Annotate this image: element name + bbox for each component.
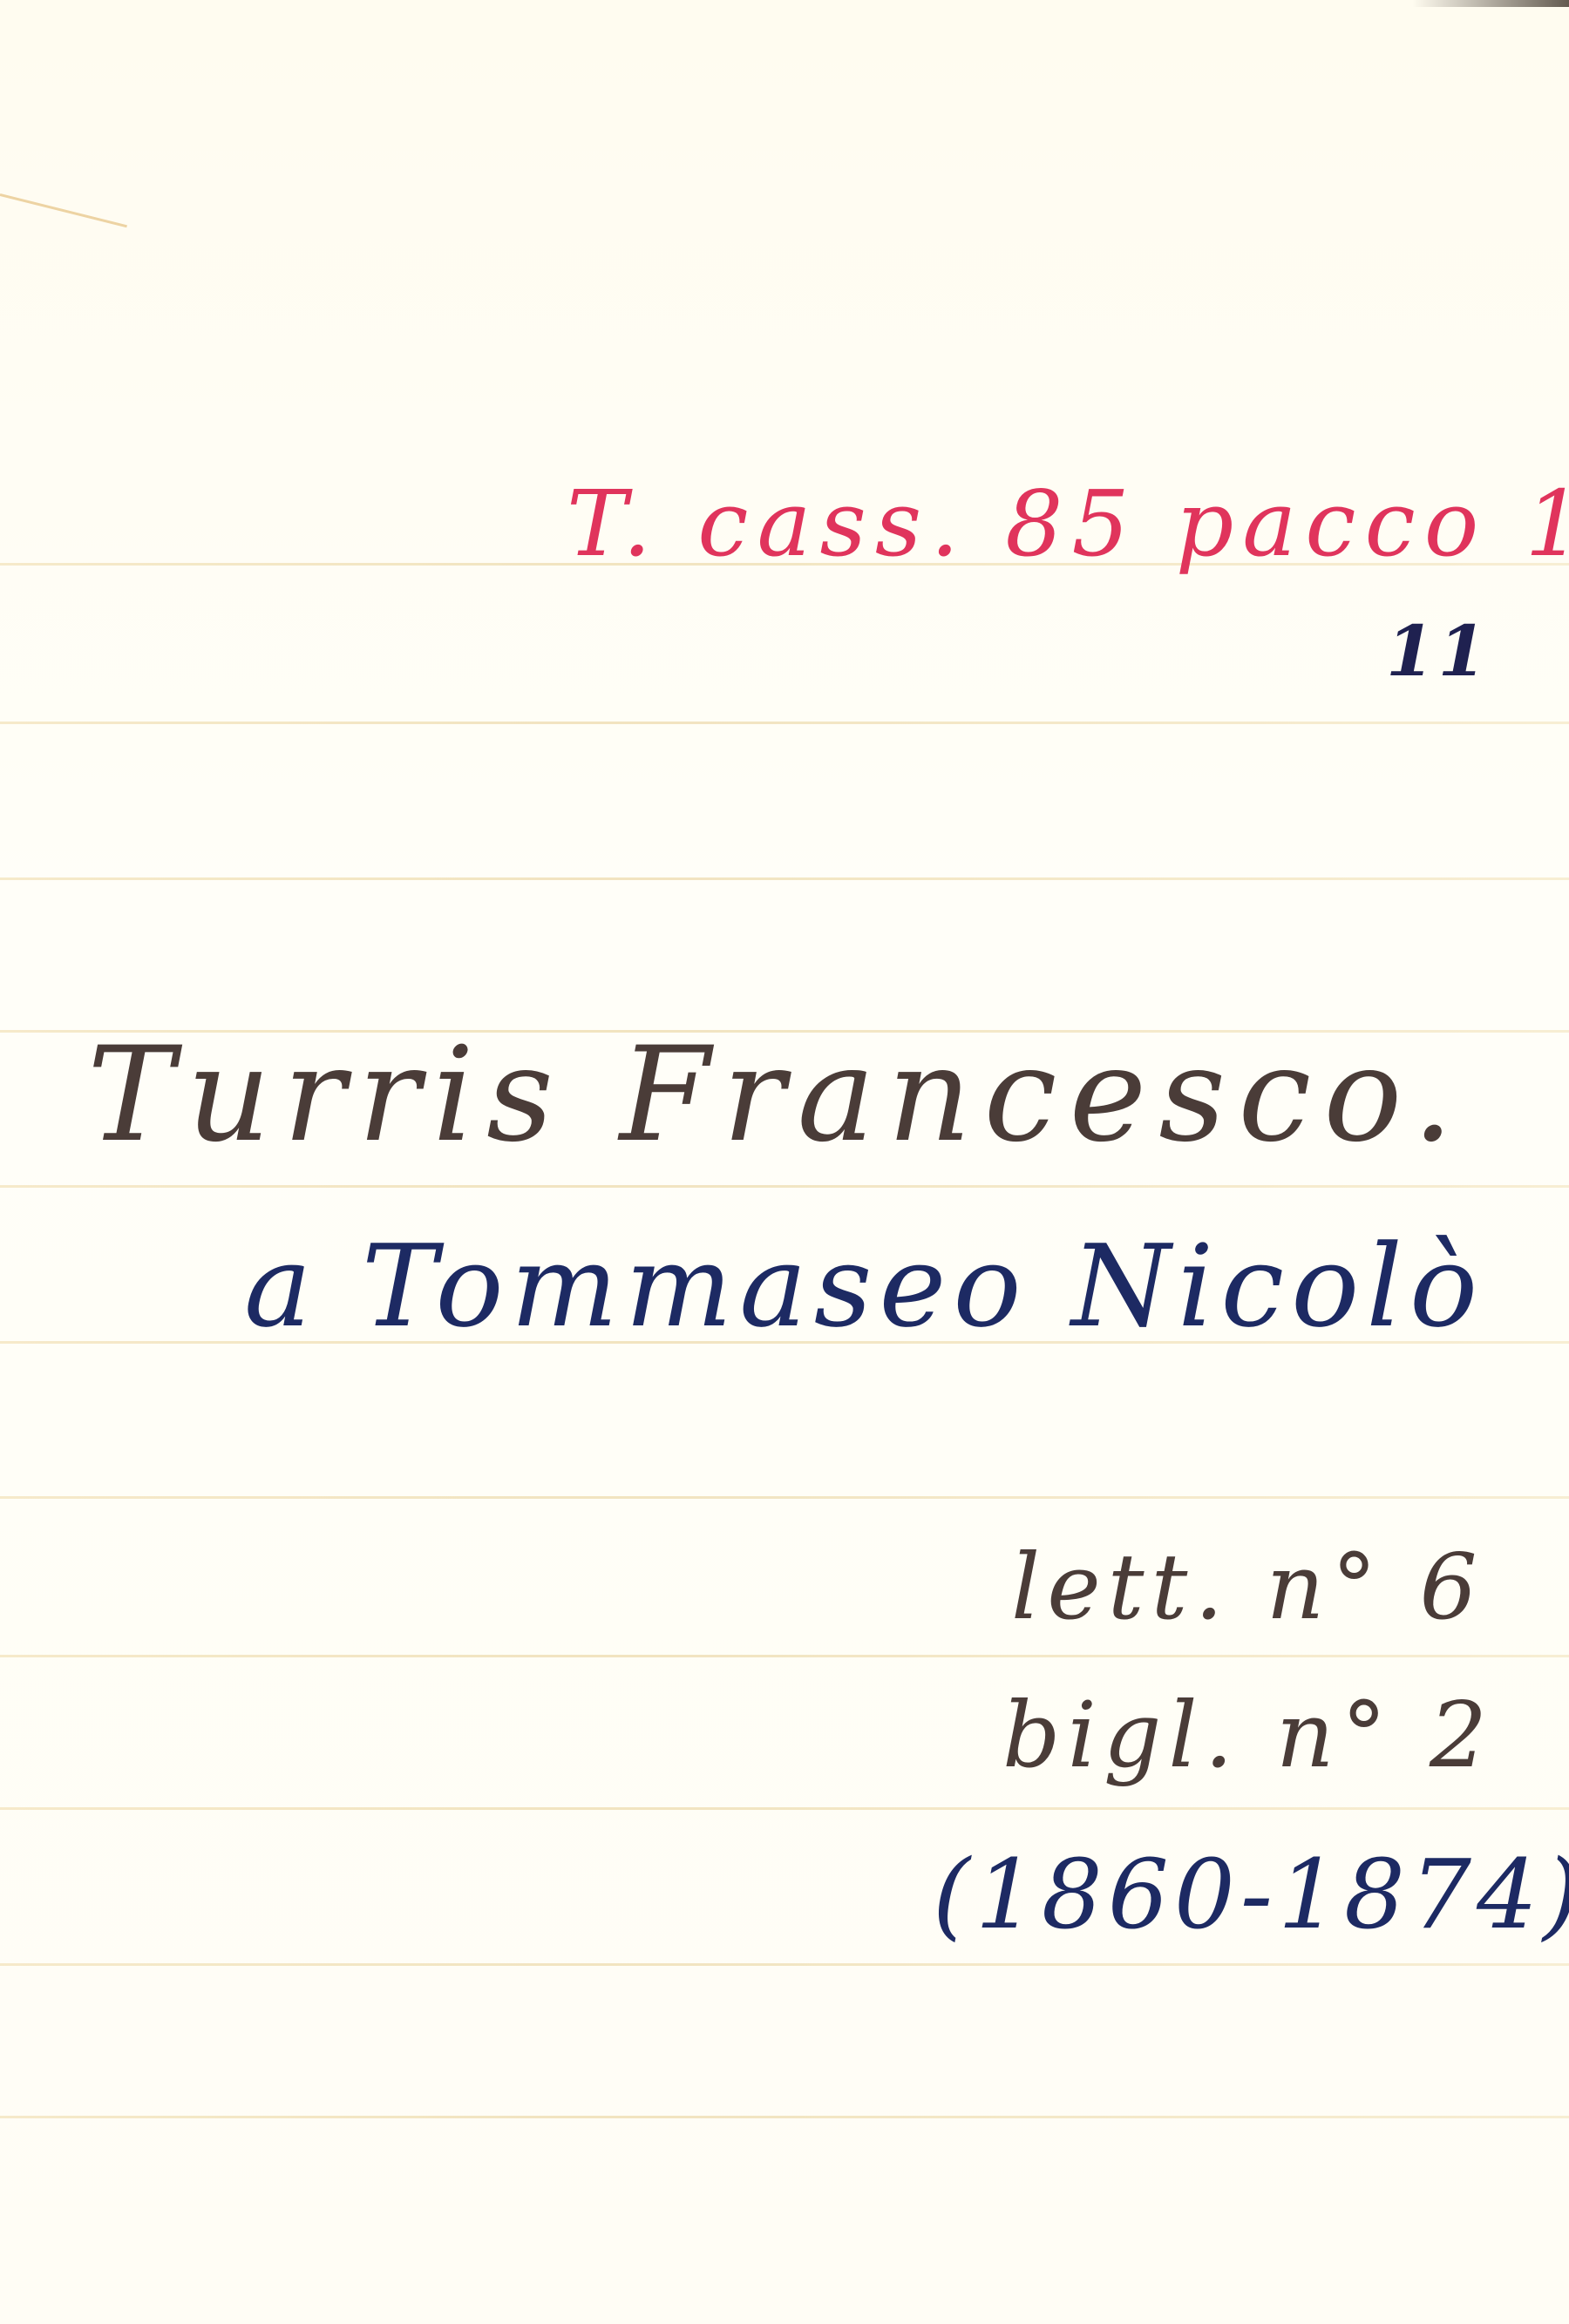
ruled-line [0,1807,1569,1810]
index-card: T. cass. 85 pacco 140. 11 Turris Frances… [0,0,1569,2324]
ruled-line [0,1655,1569,1657]
ruled-line [0,1185,1569,1188]
archive-reference: T. cass. 85 pacco 140. [567,471,1569,577]
ruled-line [0,877,1569,880]
folio-number: 11 [1386,610,1490,692]
sender-name: Turris Francesco. [87,1020,1466,1171]
letters-count: lett. n° 6 [1011,1534,1484,1640]
date-range: (1860-1874) [933,1839,1569,1950]
ruled-line [0,2116,1569,2118]
recipient-name: a Tommaseo Nicolò [244,1220,1484,1352]
notes-count: bigl. n° 2 [1002,1682,1494,1788]
ruled-line [0,722,1569,724]
fold-mark [0,193,127,227]
ruled-line [0,1496,1569,1499]
card-edge-shadow [1412,0,1569,7]
ruled-line [0,1963,1569,1966]
